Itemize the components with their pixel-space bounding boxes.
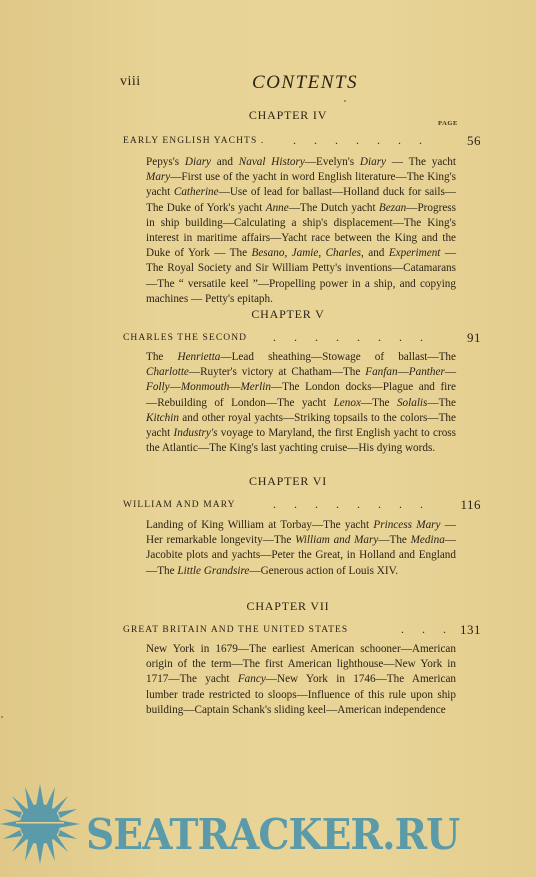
running-head: viii CONTENTS (120, 72, 460, 96)
toc-entry[interactable]: EARLY ENGLISH YACHTS . . . . . . . . 56 (123, 133, 481, 149)
chapter-heading: CHAPTER V (123, 307, 453, 322)
watermark: SEATRACKER.RU (0, 790, 536, 870)
chapter-summary: New York in 1679—The earliest American s… (146, 642, 456, 718)
toc-entry-page: 56 (467, 133, 481, 149)
toc-entry-page: 91 (467, 330, 481, 346)
dot-leaders: . . . . . . . (293, 133, 422, 148)
book-page: viii CONTENTS CHAPTER IV PAGE EARLY ENGL… (0, 0, 536, 877)
toc-entry[interactable]: GREAT BRITAIN AND THE UNITED STATES . . … (123, 622, 481, 638)
toc-entry[interactable]: WILLIAM AND MARY . . . . . . . . 116 (123, 497, 481, 513)
chapter-summary: Pepys's Diary and Naval History—Evelyn's… (146, 155, 456, 307)
chapter-summary: Landing of King William at Torbay—The ya… (146, 518, 456, 579)
scan-speck (344, 100, 346, 102)
watermark-text: SEATRACKER.RU (86, 810, 459, 859)
page-column-label: PAGE (438, 120, 458, 127)
dot-leaders: . . . . . . . . (273, 330, 423, 345)
chapter-heading: CHAPTER VI (123, 474, 453, 489)
toc-entry-title: CHARLES THE SECOND (123, 333, 247, 343)
scan-speck (1, 716, 3, 718)
chapter-summary: The Henrietta—Lead sheathing—Stowage of … (146, 350, 456, 456)
toc-entry[interactable]: CHARLES THE SECOND . . . . . . . . 91 (123, 330, 481, 346)
page-title: CONTENTS (120, 72, 460, 94)
sun-over-sea-icon (0, 782, 82, 866)
toc-entry-title: EARLY ENGLISH YACHTS . (123, 136, 264, 146)
toc-entry-title: WILLIAM AND MARY (123, 500, 236, 510)
toc-entry-page: 131 (460, 622, 481, 638)
dot-leaders: . . . . . . . . (273, 497, 423, 512)
toc-entry-title: GREAT BRITAIN AND THE UNITED STATES (123, 625, 348, 635)
toc-entry-page: 116 (460, 497, 481, 513)
chapter-heading: CHAPTER IV (123, 108, 453, 123)
dot-leaders: . . . (401, 622, 446, 637)
chapter-heading: CHAPTER VII (123, 599, 453, 614)
